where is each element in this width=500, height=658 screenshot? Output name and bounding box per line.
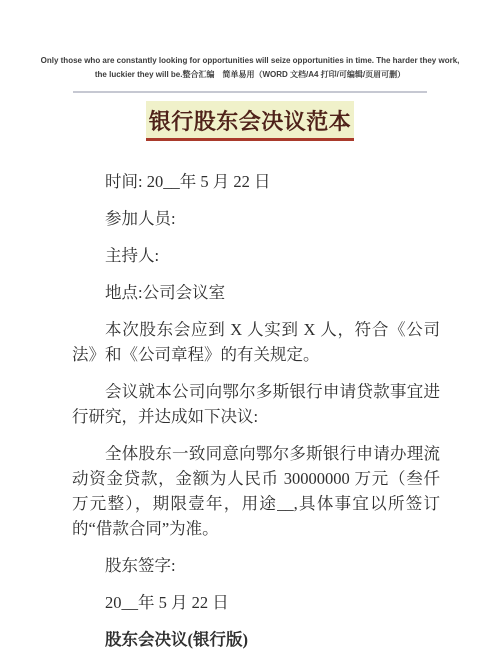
paragraph-time: 时间: 20__年 5 月 22 日 xyxy=(72,169,440,194)
header-motto-line2: the luckier they will be.整合汇编 简单易用（WORD … xyxy=(0,68,500,82)
paragraph-signature: 股东签字: xyxy=(72,553,440,578)
paragraph-loan-resolution: 全体股东一致同意向鄂尔多斯银行申请办理流动资金贷款，金额为人民币 3000000… xyxy=(72,441,440,541)
footer-heading: 股东会决议(银行版) xyxy=(72,627,440,652)
document-page: Only those who are constantly looking fo… xyxy=(0,0,500,658)
paragraph-participants: 参加人员: xyxy=(72,206,440,231)
paragraph-attendance: 本次股东会应到 X 人实到 X 人，符合《公司法》和《公司章程》的有关规定。 xyxy=(72,317,440,367)
page-header: Only those who are constantly looking fo… xyxy=(0,0,500,81)
paragraph-host: 主持人: xyxy=(72,243,440,268)
paragraph-location: 地点:公司会议室 xyxy=(72,280,440,305)
document-body: 时间: 20__年 5 月 22 日 参加人员: 主持人: 地点:公司会议室 本… xyxy=(72,169,440,652)
paragraph-date: 20__年 5 月 22 日 xyxy=(72,590,440,615)
header-divider-rule xyxy=(73,91,427,93)
document-title: 银行股东会决议范本 xyxy=(146,101,355,141)
paragraph-meeting-subject: 会议就本公司向鄂尔多斯银行申请贷款事宜进行研究，并达成如下决议: xyxy=(72,379,440,429)
title-row: 银行股东会决议范本 xyxy=(0,101,500,141)
header-motto-line1: Only those who are constantly looking fo… xyxy=(0,54,500,68)
